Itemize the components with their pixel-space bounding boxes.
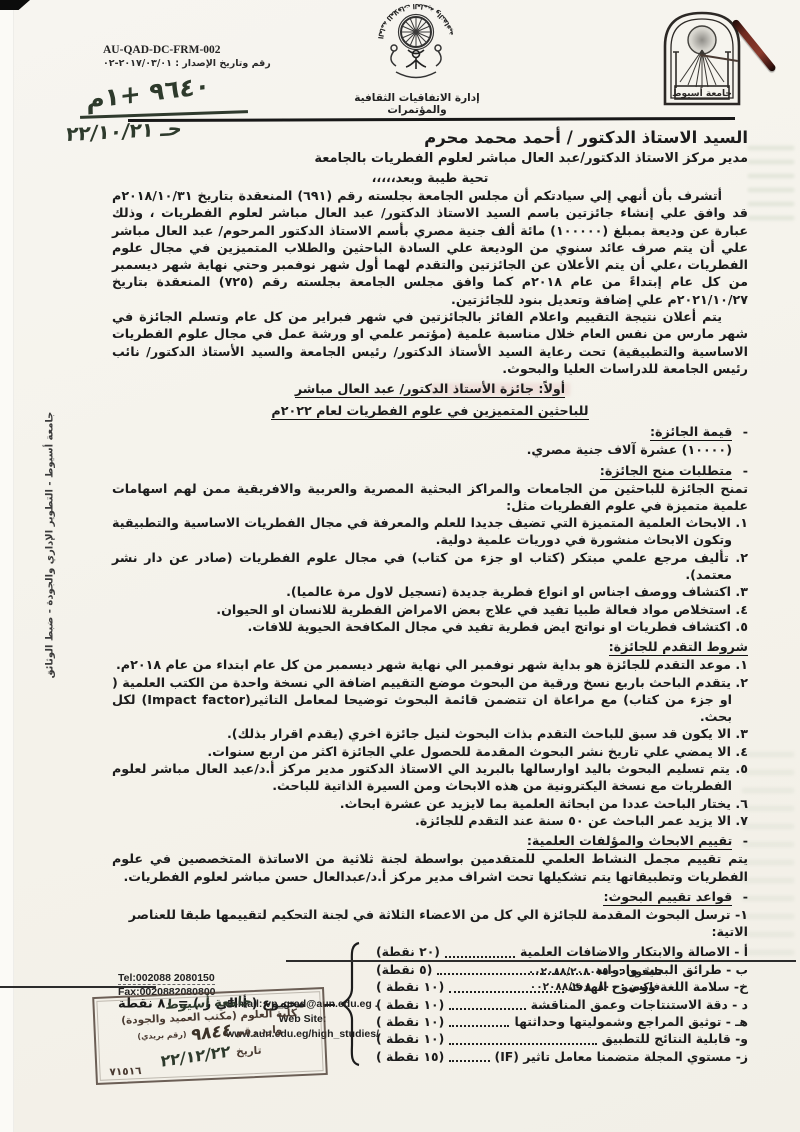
condition-item: ٤. الا يمضي علي تاريخ نشر البحوث المقدمة…: [112, 743, 748, 760]
rules-title-text: قواعد تقييم البحوث:: [603, 889, 732, 906]
letter-body: السيد الاستاذ الدكتور / أحمد محمد محرم م…: [112, 126, 748, 1067]
logo-caption: إدارة الاتفاقيات الثقافية والمؤتمرات: [342, 92, 492, 116]
requirement-item: ٣. اكتشاف ووصف اجناس او انواع فطرية جديد…: [112, 583, 748, 600]
condition-item: ٢. يتقدم الباحث باربع نسخ ورقية من البحو…: [112, 674, 748, 726]
criteria-row: هـ - توثيق المراجع وشموليتها وحداثتها (١…: [376, 1013, 748, 1030]
dotted-leader: [449, 1060, 489, 1062]
rules-intro: ١- ترسل البحوث المقدمة للجائزة الي كل من…: [112, 906, 748, 941]
scanned-letter-page: AU-QAD-DC-FRM-002 رقم وتاريخ الإصدار : ٢…: [0, 0, 800, 1132]
criteria-points: (٥ نقطة): [376, 961, 432, 978]
stamp-ref-number: ٧١٥١٦: [109, 1065, 142, 1078]
criteria-points: (١٥ نقطة ): [376, 1048, 444, 1065]
emblem-text: جامعة أسيوط: [672, 87, 732, 99]
handwritten-reference-number: ٩٦٤٠ +١م: [86, 70, 210, 114]
tel-english: Tel:002088 2080150: [118, 972, 215, 985]
dotted-leader: [449, 1008, 525, 1010]
bleedthrough-mark: [742, 745, 794, 955]
stamp-date-value: ٢٢/١٢/٢٢: [161, 1041, 231, 1071]
evaluation-section-title: - تقييم الابحاث والمؤلفات العلمية:: [112, 831, 748, 850]
requirements-section-title: - متطلبات منح الجائزة:: [112, 461, 748, 480]
stamp-received-note: (رقم بريدي): [137, 1030, 187, 1041]
conditions-section-title: شروط التقدم للجائزة:: [112, 637, 748, 656]
criteria-row: و- قابلية النتائج للتطبيق (١٠ نقطة ): [376, 1030, 748, 1047]
greeting-line: تحية طيبة وبعد،،،،،: [112, 168, 748, 187]
requirements-title-text: متطلبات منح الجائزة:: [600, 463, 733, 480]
dash-bullet: -: [743, 463, 748, 478]
stamp-date-label: تاريخ: [236, 1044, 262, 1057]
paragraph-1: أتشرف بأن أنهي إلي سيادتكم أن مجلس الجام…: [112, 187, 748, 308]
award-heading-line1: أولاً: جائزة الأستاذ الدكتور/ عبد العال …: [112, 379, 748, 399]
condition-item: ٦. يختار الباحث عددا من ابحاثة العلمية ب…: [112, 795, 748, 812]
incoming-mail-stamp: جامعة أسيوط كلية العلوم (مكتب العميد وال…: [92, 987, 328, 1085]
award-heading-text1: أولاً: جائزة الأستاذ الدكتور/ عبد العال …: [295, 381, 565, 398]
criteria-points: (٢٠ نقطة): [376, 943, 440, 960]
value-title-text: قيمة الجائزة:: [650, 424, 732, 441]
issue-date-line: رقم وتاريخ الإصدار : ٢٠١٧/٠٣/٠١-٠٢: [103, 58, 271, 69]
value-body: (١٠٠٠٠) عشرة آلاف جنية مصري.: [112, 441, 732, 458]
stamp-received-label: وارد رقم: [236, 1024, 283, 1038]
condition-item: ١. موعد التقدم للجائزة هو بداية شهر نوفم…: [112, 656, 748, 673]
footer-phone-block: تليفون : ٠٠٢٠٨٨/٢٠٨٠١٥٠ فاكس : ٠٠٢٠٨٨/٢٠…: [470, 965, 720, 995]
criteria-row: أ - الاصالة والابتكار والاضافات العلمية …: [376, 943, 748, 960]
fax-arabic: فاكس : ٠٠٢٠٨٨/٢٠٨٠٨٠٠: [470, 980, 720, 995]
recipient-title-line: مدير مركز الاستاذ الدكتور/عبد العال مباش…: [112, 149, 748, 168]
cultural-relations-logo-icon: الإدارة العامة للعلاقات العلمية والثقافي…: [362, 2, 470, 98]
award-heading-text2: للباحثين المتميزين في علوم الفطريات لعام…: [271, 403, 588, 420]
criteria-label: ز- مستوي المجلة متضمنا معامل تاثير (IF): [495, 1048, 748, 1065]
evaluation-title-text: تقييم الابحاث والمؤلفات العلمية:: [527, 833, 732, 850]
requirement-item: ٤. استخلاص مواد فعالة طبيا تفيد في علاج …: [112, 601, 748, 618]
header-divider-line: [128, 117, 735, 122]
dash-bullet: -: [743, 833, 748, 848]
condition-item: ٣. الا يكون قد سبق للباحث التقدم بذات ال…: [112, 725, 748, 742]
phone-arabic: تليفون : ٠٠٢٠٨٨/٢٠٨٠١٥٠: [470, 965, 720, 980]
rules-section-title: - قواعد تقييم البحوث:: [112, 887, 748, 906]
margin-vertical-note: جامعة أسيوط - التطوير الإداري والجودة - …: [45, 412, 56, 679]
dash-bullet: -: [743, 424, 748, 439]
value-section-title: - قيمة الجائزة:: [112, 422, 748, 441]
evaluation-body: يتم تقييم مجمل النشاط العلمي للمتقدمين ب…: [112, 850, 748, 885]
requirement-item: ١. الابحاث العلمية المتميزة التي تضيف جد…: [112, 514, 748, 549]
requirements-intro: تمنح الجائزة للباحثين من الجامعات والمرا…: [112, 480, 748, 515]
dotted-leader: [449, 1025, 509, 1027]
dash-bullet: -: [743, 889, 748, 904]
criteria-label: هـ - توثيق المراجع وشموليتها وحداثتها: [514, 1013, 748, 1030]
criteria-label: أ - الاصالة والابتكار والاضافات العلمية: [520, 943, 748, 960]
award-heading-line2: للباحثين المتميزين في علوم الفطريات لعام…: [112, 401, 748, 421]
form-code: AU-QAD-DC-FRM-002: [103, 44, 221, 56]
paragraph-2: يتم أعلان نتيجة التقييم واعلام الفائز با…: [112, 308, 748, 377]
criteria-row: د - دقة الاستنتاجات وعمق المناقشة (١٠ نق…: [376, 996, 748, 1013]
dotted-leader: [445, 956, 515, 958]
scan-corner-mark: [0, 0, 30, 10]
dotted-leader: [449, 1043, 597, 1045]
bleedthrough-mark: [748, 140, 794, 220]
criteria-label: و- قابلية النتائج للتطبيق: [602, 1030, 748, 1047]
criteria-label: د - دقة الاستنتاجات وعمق المناقشة: [531, 996, 748, 1013]
conditions-title-text: شروط التقدم للجائزة:: [609, 639, 748, 656]
criteria-points: (١٠ نقطة ): [376, 978, 444, 995]
recipient-line: السيد الاستاذ الدكتور / أحمد محمد محرم: [112, 126, 748, 149]
criteria-row: ز- مستوي المجلة متضمنا معامل تاثير (IF) …: [376, 1048, 748, 1065]
footer-divider-line: [286, 960, 796, 962]
condition-item: ٥. يتم تسليم البحوث باليد اوارسالها بالب…: [112, 760, 748, 795]
requirement-item: ٢. تأليف مرجع علمي مبتكر (كتاب او جزء من…: [112, 549, 748, 584]
condition-item: ٧. الا يزيد عمر الباحث عن ٥٠ سنة عند الت…: [112, 812, 748, 829]
requirement-item: ٥. اكتشاف فطريات او نواتج ايض فطرية تفيد…: [112, 618, 748, 635]
scan-edge: [0, 0, 14, 1132]
